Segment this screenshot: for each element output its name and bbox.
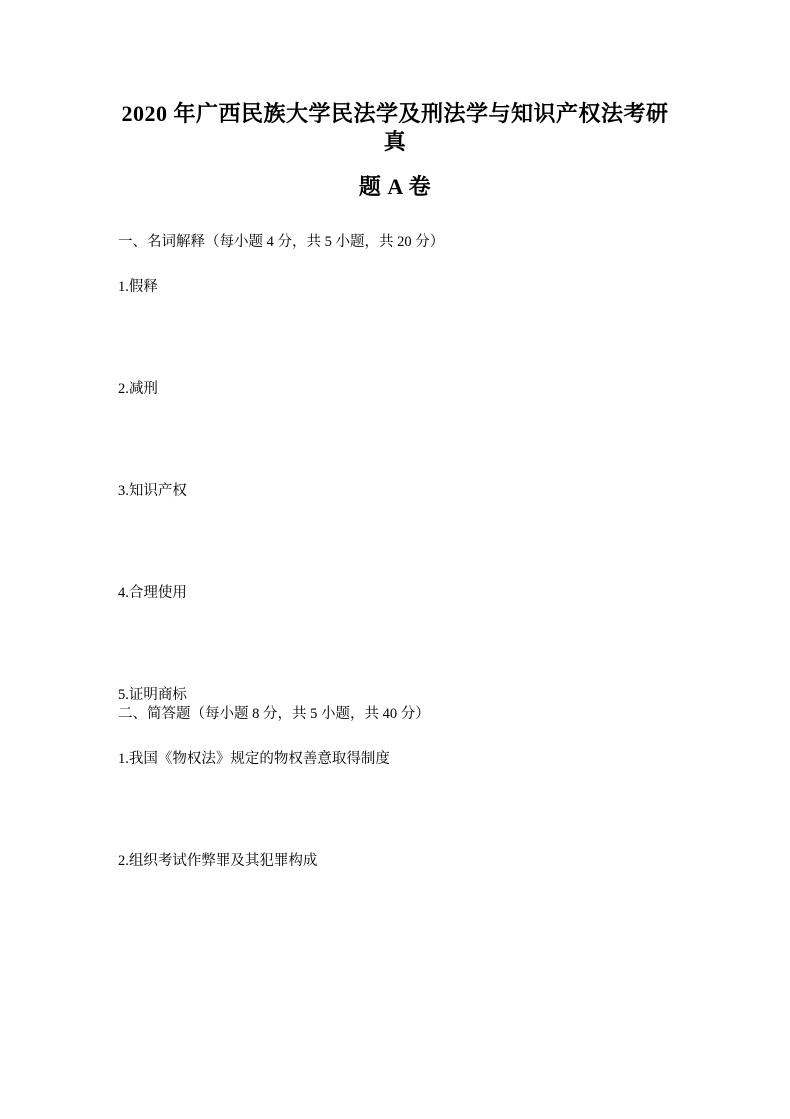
section-1: 一、名词解释（每小题 4 分，共 5 小题，共 20 分） 1.假释 2.减刑 … bbox=[118, 233, 672, 705]
question-item: 3.知识产权 bbox=[118, 482, 672, 501]
question-item: 1.我国《物权法》规定的物权善意取得制度 bbox=[118, 750, 672, 769]
question-item: 5.证明商标 bbox=[118, 686, 672, 705]
document-page: 2020 年广西民族大学民法学及刑法学与知识产权法考研真 题 A 卷 一、名词解… bbox=[0, 0, 790, 1119]
question-item: 1.假释 bbox=[118, 278, 672, 297]
question-item: 2.减刑 bbox=[118, 380, 672, 399]
section-2: 二、简答题（每小题 8 分，共 5 小题，共 40 分） 1.我国《物权法》规定… bbox=[118, 705, 672, 871]
section-1-heading: 一、名词解释（每小题 4 分，共 5 小题，共 20 分） bbox=[118, 233, 672, 252]
question-item: 2.组织考试作弊罪及其犯罪构成 bbox=[118, 852, 672, 871]
document-title: 2020 年广西民族大学民法学及刑法学与知识产权法考研真 题 A 卷 bbox=[118, 100, 672, 201]
document-title-line-1: 2020 年广西民族大学民法学及刑法学与知识产权法考研真 bbox=[118, 100, 672, 156]
section-2-heading: 二、简答题（每小题 8 分，共 5 小题，共 40 分） bbox=[118, 705, 672, 724]
question-item: 4.合理使用 bbox=[118, 584, 672, 603]
document-title-line-2: 题 A 卷 bbox=[118, 173, 672, 201]
